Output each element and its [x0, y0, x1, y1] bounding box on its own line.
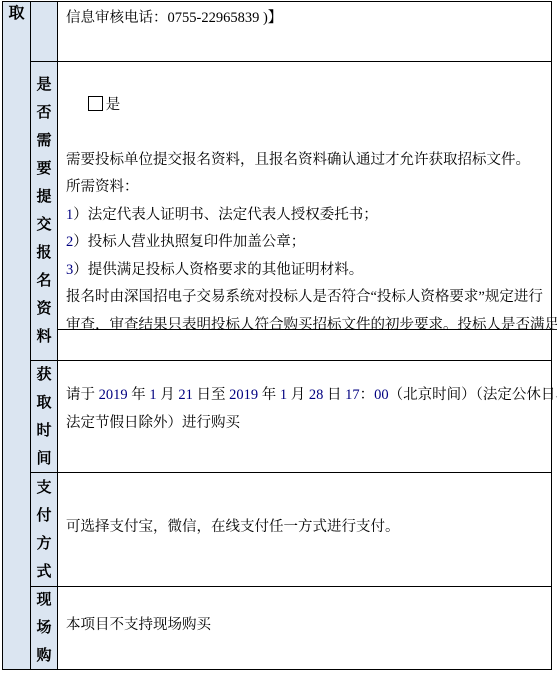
- material-item-3-line: 3）提供满足投标人资格要求的其他证明材料。: [66, 257, 551, 285]
- payment-method-line: 可选择支付宝，微信，在线支付任一方式进行支付。: [66, 513, 551, 541]
- row-payment-method-label-cell: 支付方式: [31, 473, 58, 587]
- onsite-purchase-line: 本项目不支持现场购买: [66, 611, 551, 639]
- onsite-purchase-label: 现场购: [36, 586, 51, 670]
- row-onsite-purchase-label-cell: 现场购: [31, 587, 58, 669]
- registration-requirement-line: 需要投标单位提交报名资料，且报名资料确认通过才允许获取招标文件。: [66, 147, 551, 175]
- row-info-phone-label-cell: [31, 2, 58, 62]
- row-payment-method-content-cell: 可选择支付宝，微信，在线支付任一方式进行支付。: [58, 473, 551, 587]
- row-obtain-time-label-cell: 获取时间: [31, 361, 58, 473]
- obtain-time-line-1: 请于 2019 年 1 月 21 日至 2019 年 1 月 28 日 17：0…: [66, 381, 551, 409]
- row-need-registration-label-cell: 是否需要提交报名资料: [31, 62, 58, 361]
- option-yes-line: 是: [66, 64, 551, 147]
- option-no-cell: 否: [58, 330, 551, 361]
- obtain-time-label: 获取时间: [36, 361, 51, 473]
- procurement-info-table: 取 信息审核电话：0755-22965839 )】 是否需要提交报名资料 是 需…: [2, 1, 552, 670]
- obtain-time-line-2: 法定节假日除外）进行购买: [66, 409, 551, 437]
- row-onsite-purchase-content-cell: 本项目不支持现场购买: [58, 587, 551, 669]
- materials-heading-line: 所需资料：: [66, 174, 551, 202]
- material-item-1-line: 1）法定代表人证明书、法定代表人授权委托书；: [66, 202, 551, 230]
- document-page: { "colors": { "header_bg": "#dbe5f1", "b…: [0, 0, 557, 677]
- payment-method-label: 支付方式: [36, 474, 51, 586]
- row-need-registration-content-cell: 是 需要投标单位提交报名资料，且报名资料确认通过才允许获取招标文件。 所需资料：…: [58, 62, 551, 330]
- row-obtain-time-content-cell: 请于 2019 年 1 月 21 日至 2019 年 1 月 28 日 17：0…: [58, 361, 551, 473]
- checkbox-yes[interactable]: [88, 96, 103, 111]
- material-item-2-line: 2）投标人营业执照复印件加盖公章；: [66, 229, 551, 257]
- info-phone-line: 信息审核电话：0755-22965839 )】: [66, 7, 551, 29]
- left-header-continuation-text: 取: [8, 4, 24, 24]
- checkbox-yes-label: 是: [106, 97, 121, 113]
- row-info-phone-content-cell: 信息审核电话：0755-22965839 )】: [58, 2, 551, 62]
- need-registration-label: 是否需要提交报名资料: [36, 71, 51, 351]
- review-note-line-1: 报名时由深国招电子交易系统对投标人是否符合“投标人资格要求”规定进行: [66, 284, 551, 312]
- left-merged-header-cell: 取: [3, 2, 31, 669]
